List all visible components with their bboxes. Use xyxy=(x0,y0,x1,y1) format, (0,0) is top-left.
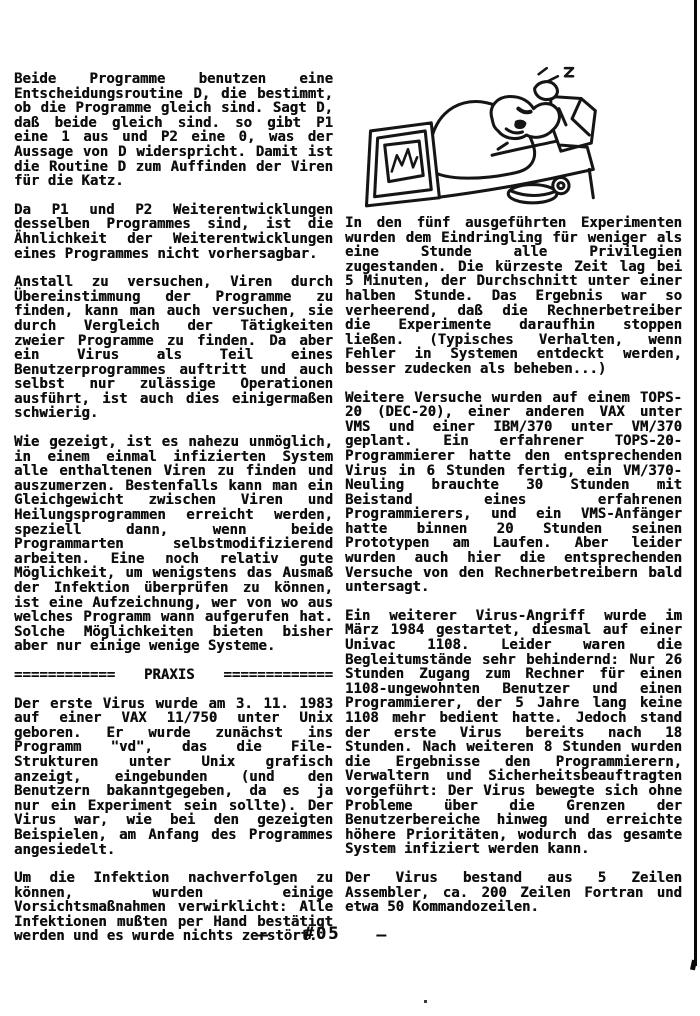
scanned-document-page: Beide Programme benutzen eine Entscheidu… xyxy=(0,0,700,1016)
footer-number: #05 xyxy=(304,924,341,944)
cup-handle xyxy=(553,178,569,194)
divider-rule-right: ============= xyxy=(223,668,333,683)
paragraph: Ein weiterer Virus-Angriff wurde im März… xyxy=(345,609,682,857)
paragraph: Wie gezeigt, ist es nahezu unmöglich, in… xyxy=(14,435,333,654)
page-number: — #05 — xyxy=(258,924,386,944)
ear xyxy=(535,82,558,100)
scan-speck xyxy=(424,1000,427,1003)
sleep-z xyxy=(565,68,573,76)
footer-dash-left: — xyxy=(258,925,268,944)
paragraph: Da P1 und P2 Weiterentwicklungen desselb… xyxy=(14,203,333,261)
paragraph: Der erste Virus wurde am 3. 11. 1983 auf… xyxy=(14,697,333,858)
footer-dash-right: — xyxy=(376,925,386,944)
paragraph: Anstall zu versuchen, Viren durch Überei… xyxy=(14,275,333,421)
mouse-head xyxy=(491,97,559,139)
praxis-section-divider: ============ PRAXIS ============= xyxy=(14,668,333,683)
paragraph: In den fünf ausgeführten Experimenten wu… xyxy=(345,216,682,377)
sleep-marks xyxy=(539,68,558,81)
paragraph: Beide Programme benutzen eine Entscheidu… xyxy=(14,72,333,189)
section-title: PRAXIS xyxy=(144,668,195,683)
scan-edge-hook xyxy=(690,960,697,971)
sleeping-mouse-in-bed-illustration xyxy=(350,56,626,216)
scan-edge-line xyxy=(694,0,697,966)
paragraph: Weitere Versuche wurden auf einem TOPS-2… xyxy=(345,391,682,595)
paragraph: Der Virus bestand aus 5 Zeilen Assembler… xyxy=(345,871,682,915)
bed-leg xyxy=(589,169,593,197)
column-left: Beide Programme benutzen eine Entscheidu… xyxy=(14,72,333,958)
divider-rule-left: ============ xyxy=(14,668,115,683)
column-right: In den fünf ausgeführten Experimenten wu… xyxy=(345,216,682,929)
